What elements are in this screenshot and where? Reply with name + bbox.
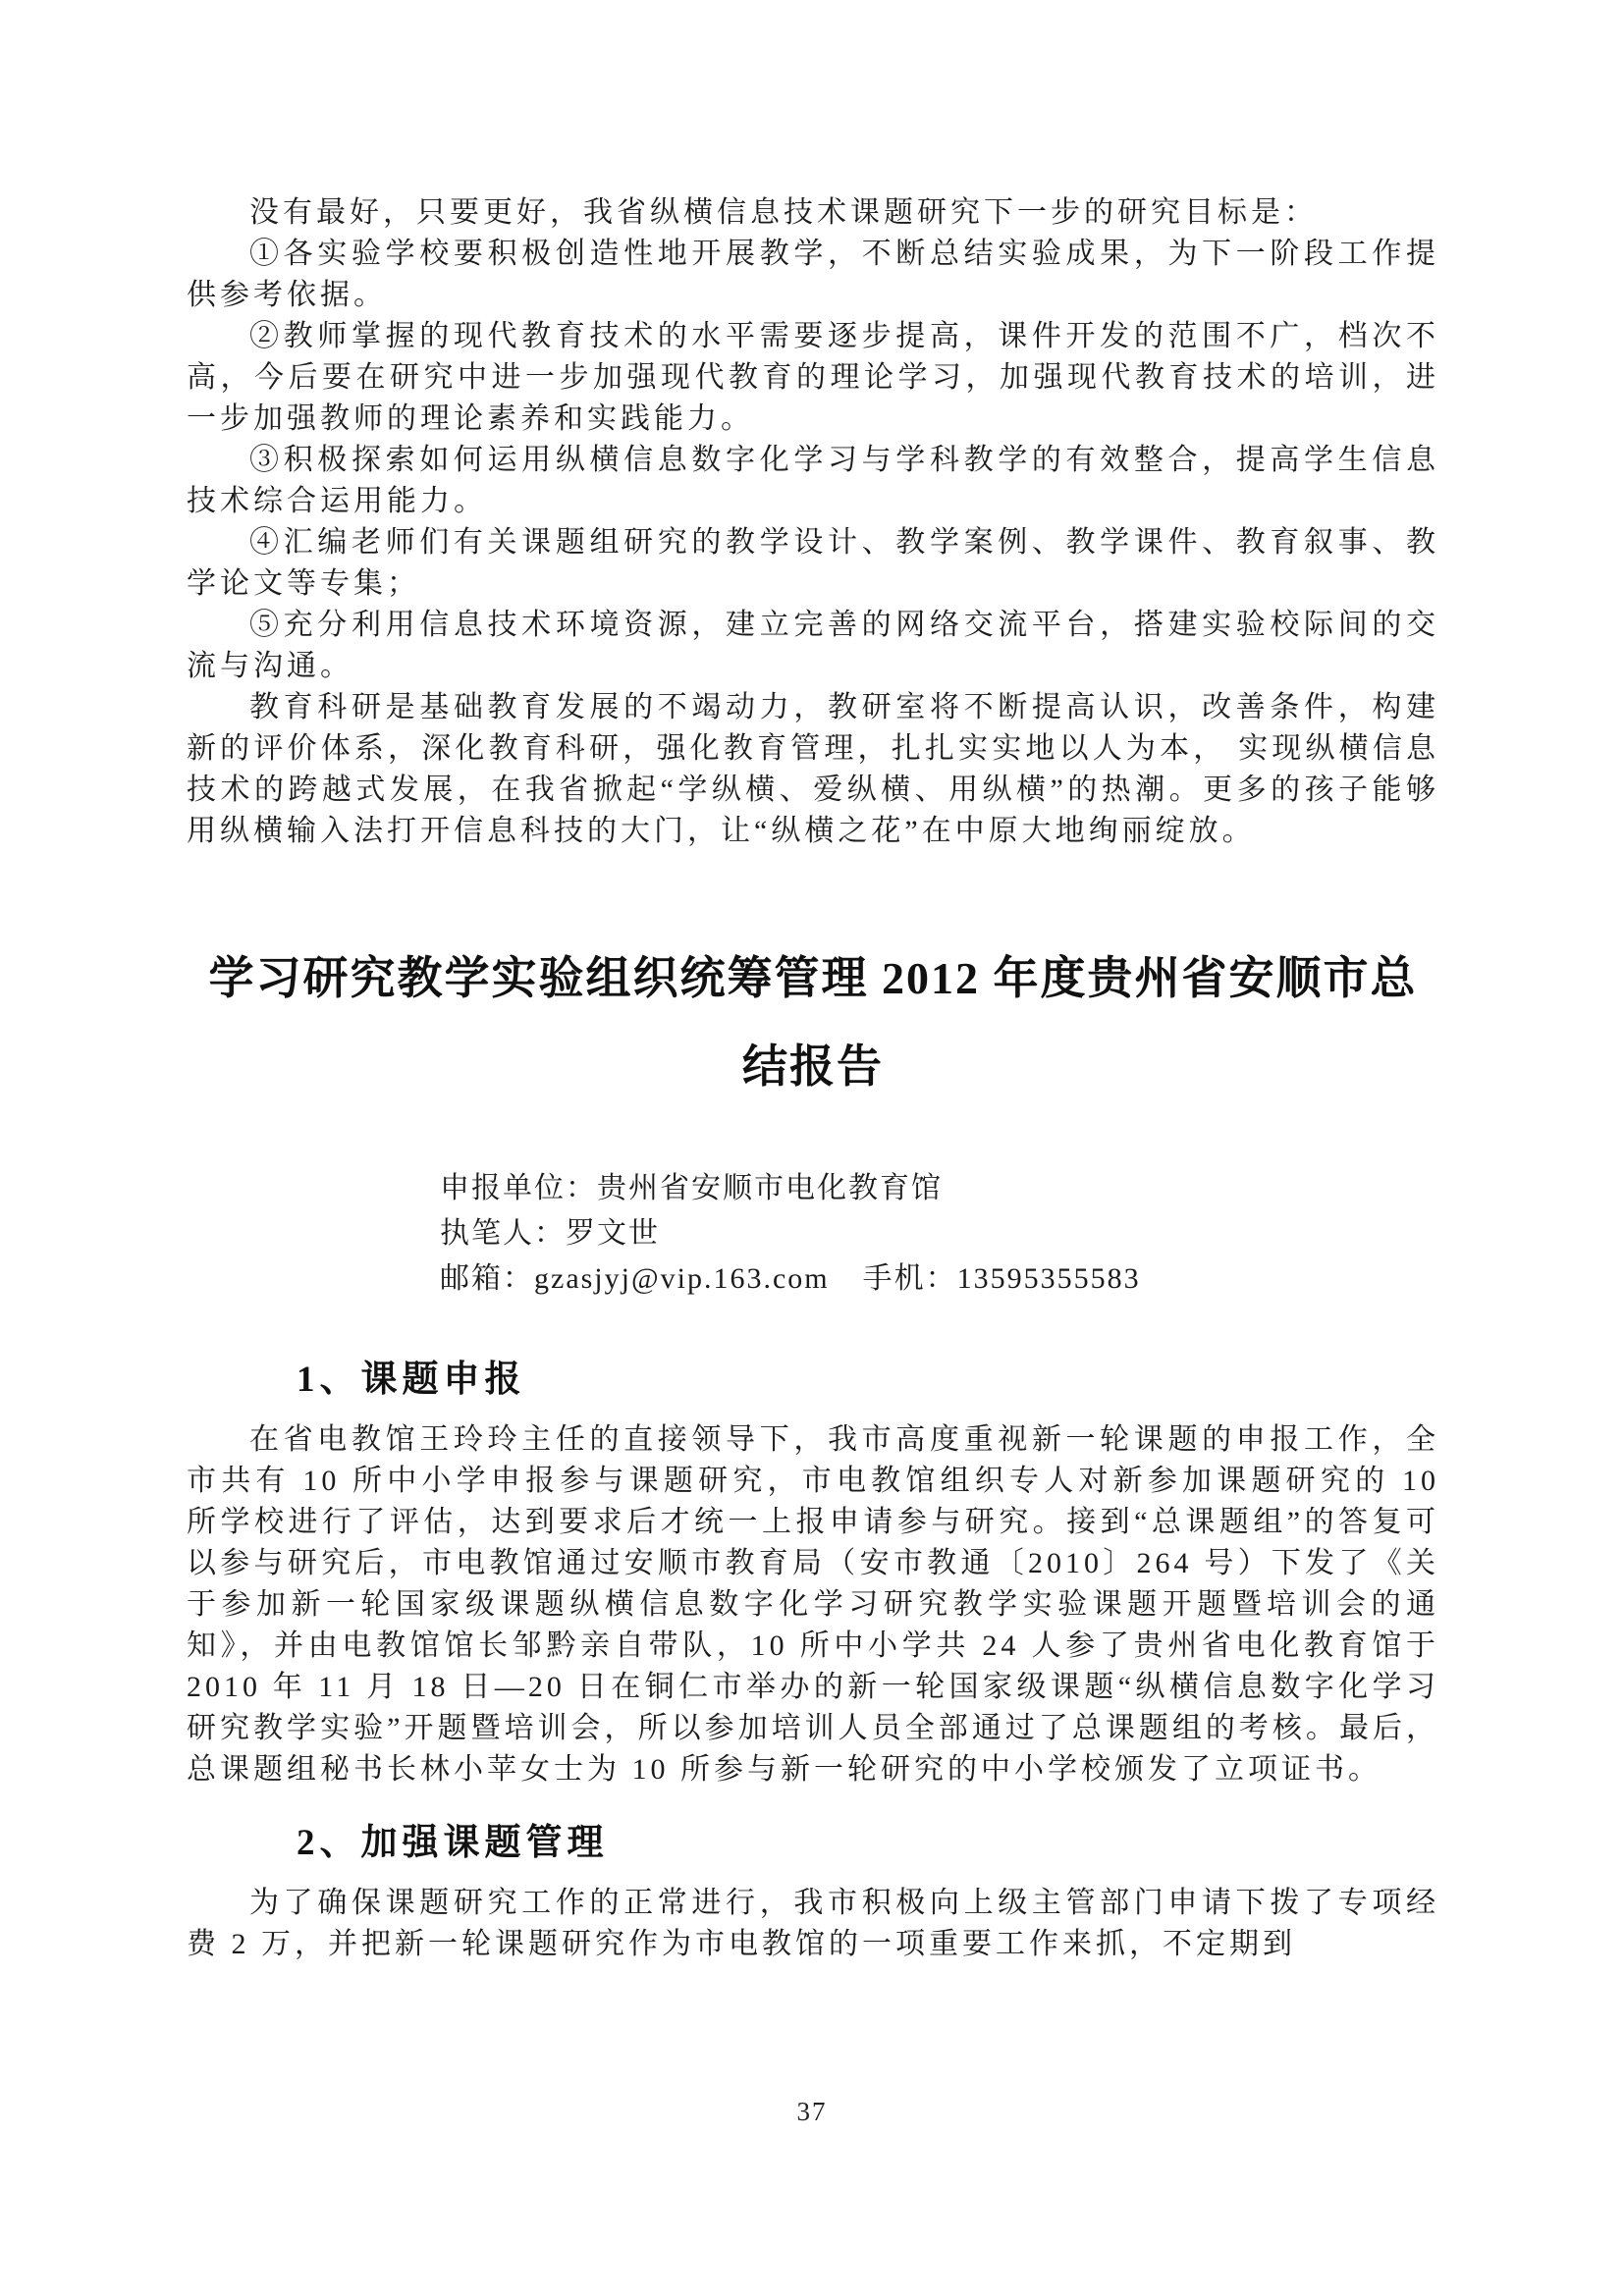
contact-email-label: 邮箱： <box>440 1262 534 1295</box>
contact-unit-value: 贵州省安顺市电化教育馆 <box>597 1172 943 1204</box>
contact-block: 申报单位：贵州省安顺市电化教育馆 执笔人：罗文世 邮箱：gzasjyj@vip.… <box>187 1166 1439 1302</box>
intro-section: 没有最好，只要更好，我省纵横信息技术课题研究下一步的研究目标是： ①各实验学校要… <box>187 192 1439 852</box>
section-heading-1: 1、课题申报 <box>187 1355 1439 1406</box>
report-title: 学习研究教学实验组织统筹管理 2012 年度贵州省安顺市总结报告 <box>204 934 1422 1111</box>
contact-phone-value: 13595355583 <box>957 1262 1141 1295</box>
contact-email-value: gzasjyj@vip.163.com <box>534 1262 830 1295</box>
intro-paragraph: ⑤充分利用信息技术环境资源，建立完善的网络交流平台，搭建实验校际间的交流与沟通。 <box>187 605 1439 687</box>
page-number: 37 <box>0 2097 1624 2127</box>
section-1-paragraph: 在省电教馆王玲玲主任的直接领导下，我市高度重视新一轮课题的申报工作，全市共有 1… <box>187 1419 1439 1790</box>
intro-paragraph: ②教师掌握的现代教育技术的水平需要逐步提高，课件开发的范围不广，档次不高，今后要… <box>187 316 1439 440</box>
contact-writer-label: 执笔人： <box>440 1217 566 1250</box>
document-page: 没有最好，只要更好，我省纵横信息技术课题研究下一步的研究目标是： ①各实验学校要… <box>0 0 1624 2296</box>
contact-unit-label: 申报单位： <box>440 1172 597 1204</box>
contact-unit-line: 申报单位：贵州省安顺市电化教育馆 <box>440 1166 1439 1211</box>
page-content: 没有最好，只要更好，我省纵横信息技术课题研究下一步的研究目标是： ①各实验学校要… <box>187 0 1439 1965</box>
intro-paragraph: 教育科研是基础教育发展的不竭动力，教研室将不断提高认识，改善条件，构建新的评价体… <box>187 687 1439 852</box>
intro-paragraph: 没有最好，只要更好，我省纵横信息技术课题研究下一步的研究目标是： <box>187 192 1439 234</box>
contact-email-phone-line: 邮箱：gzasjyj@vip.163.com手机：13595355583 <box>440 1256 1439 1302</box>
section-heading-2: 2、加强课题管理 <box>187 1818 1439 1869</box>
contact-writer-value: 罗文世 <box>566 1217 660 1250</box>
intro-paragraph: ④汇编老师们有关课题组研究的教学设计、教学案例、教学课件、教育叙事、教学论文等专… <box>187 522 1439 605</box>
section-2-paragraph: 为了确保课题研究工作的正常进行，我市积极向上级主管部门申请下拨了专项经费 2 万… <box>187 1883 1439 1965</box>
intro-paragraph: ①各实验学校要积极创造性地开展教学，不断总结实验成果，为下一阶段工作提供参考依据… <box>187 234 1439 316</box>
intro-paragraph: ③积极探索如何运用纵横信息数字化学习与学科教学的有效整合，提高学生信息技术综合运… <box>187 440 1439 522</box>
contact-writer-line: 执笔人：罗文世 <box>440 1211 1439 1256</box>
contact-phone-label: 手机： <box>863 1262 957 1295</box>
